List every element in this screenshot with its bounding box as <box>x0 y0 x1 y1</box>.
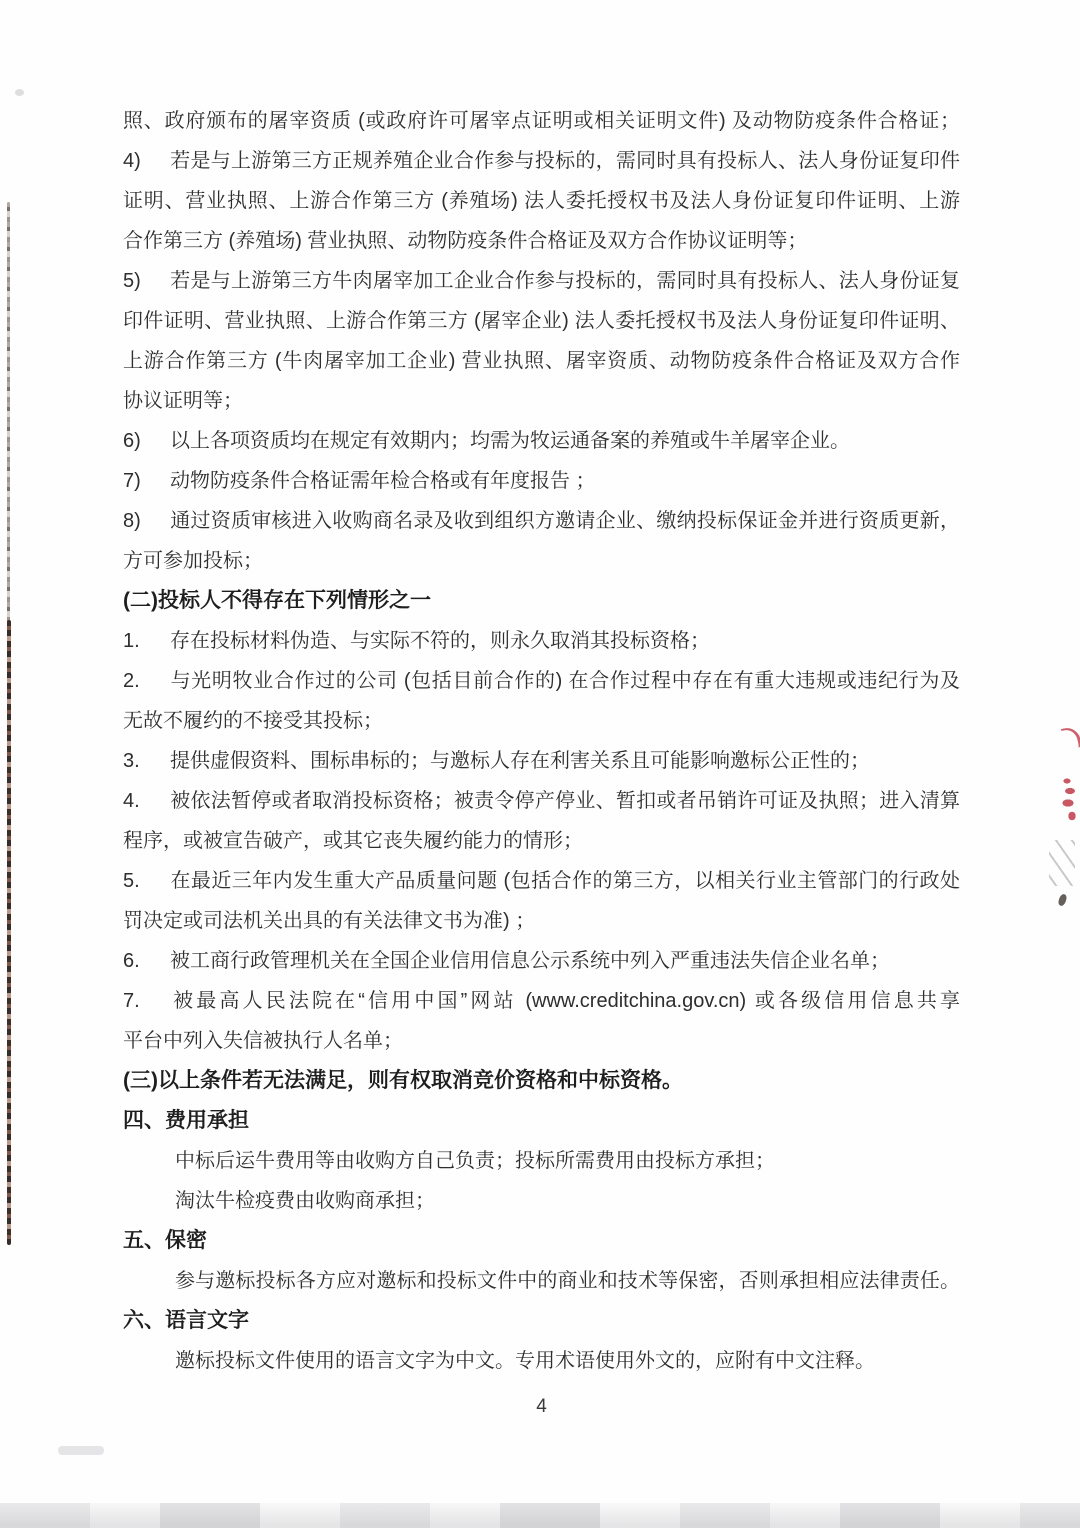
text-line: (二)投标人不得存在下列情形之一 <box>123 581 960 621</box>
text-line: 5)若是与上游第三方牛肉屠宰加工企业合作参与投标的，需同时具有投标人、法人身份证… <box>123 261 960 301</box>
text-line: 照、政府颁布的屠宰资质 (或政府许可屠宰点证明或相关证明文件) 及动物防疫条件合… <box>123 101 960 141</box>
text-line: 参与邀标投标各方应对邀标和投标文件中的商业和技术等保密，否则承担相应法律责任。 <box>123 1261 960 1301</box>
text-line: 五、保密 <box>123 1221 960 1261</box>
text-line: 6.被工商行政管理机关在全国企业信用信息公示系统中列入严重违法失信企业名单； <box>123 941 960 981</box>
text-line: 印件证明、营业执照、上游合作第三方 (屠宰企业) 法人委托授权书及法人身份证复印… <box>123 301 960 341</box>
text-line: 4.被依法暂停或者取消投标资格；被责令停产停业、暂扣或者吊销许可证及执照；进入清… <box>123 781 960 821</box>
text-line: 无故不履约的不接受其投标； <box>123 701 960 741</box>
list-item-marker: 1. <box>123 621 170 661</box>
text-line: 淘汰牛检疫费由收购商承担； <box>123 1181 960 1221</box>
list-item-marker: 8) <box>123 501 170 541</box>
text-line: 邀标投标文件使用的语言文字为中文。专用术语使用外文的，应附有中文注释。 <box>123 1341 960 1381</box>
text-line: 平台中列入失信被执行人名单； <box>123 1021 960 1061</box>
scan-bottom-edge-smudge <box>0 1503 1080 1528</box>
text-line: 1.存在投标材料伪造、与实际不符的，则永久取消其投标资格； <box>123 621 960 661</box>
text-line: 4)若是与上游第三方正规养殖企业合作参与投标的，需同时具有投标人、法人身份证复印… <box>123 141 960 181</box>
text-line: (三)以上条件若无法满足，则有权取消竞价资格和中标资格。 <box>123 1061 960 1101</box>
document-lines: 照、政府颁布的屠宰资质 (或政府许可屠宰点证明或相关证明文件) 及动物防疫条件合… <box>123 101 960 1381</box>
text-line: 证明、营业执照、上游合作第三方 (养殖场) 法人委托授权书及法人身份证复印件证明… <box>123 181 960 221</box>
red-ink-mark-blotch <box>1055 775 1080 825</box>
text-line: 六、语言文字 <box>123 1301 960 1341</box>
text-line: 5.在最近三年内发生重大产品质量问题 (包括合作的第三方，以相关行业主管部门的行… <box>123 861 960 901</box>
text-line: 7)动物防疫条件合格证需年检合格或有年度报告 ； <box>123 461 960 501</box>
scan-binding-artifact-lower <box>7 620 11 1245</box>
list-item-marker: 7) <box>123 461 170 501</box>
text-line: 8)通过资质审核进入收购商名录及收到组织方邀请企业、缴纳投标保证金并进行资质更新… <box>123 501 960 541</box>
text-line: 上游合作第三方 (牛肉屠宰加工企业) 营业执照、屠宰资质、动物防疫条件合格证及双… <box>123 341 960 381</box>
scanned-document-page: 照、政府颁布的屠宰资质 (或政府许可屠宰点证明或相关证明文件) 及动物防疫条件合… <box>0 0 1080 1528</box>
text-line: 中标后运牛费用等由收购方自己负责；投标所需费用由投标方承担； <box>123 1141 960 1181</box>
list-item-marker: 5) <box>123 261 170 301</box>
list-item-marker: 2. <box>123 661 170 701</box>
list-item-marker: 3. <box>123 741 170 781</box>
text-line: 协议证明等； <box>123 381 960 421</box>
text-line: 合作第三方 (养殖场) 营业执照、动物防疫条件合格证及双方合作协议证明等； <box>123 221 960 261</box>
list-item-marker: 4) <box>123 141 170 181</box>
scan-binding-artifact-upper <box>7 202 10 622</box>
text-line: 方可参加投标； <box>123 541 960 581</box>
scan-bottom-dash <box>58 1446 104 1455</box>
text-line: 7.被最高人民法院在“信用中国”网站 (www.creditchina.gov.… <box>123 981 960 1021</box>
list-item-marker: 4. <box>123 781 170 821</box>
text-line: 程序，或被宣告破产，或其它丧失履约能力的情形； <box>123 821 960 861</box>
text-line: 四、费用承担 <box>123 1101 960 1141</box>
list-item-marker: 6. <box>123 941 170 981</box>
ink-speck <box>1057 893 1068 907</box>
red-ink-mark-curl <box>1061 725 1080 750</box>
list-item-marker: 7. <box>123 981 170 1021</box>
text-line: 罚决定或司法机关出具的有关法律文书为准) ； <box>123 901 960 941</box>
text-line: 2.与光明牧业合作过的公司 (包括目前合作的) 在合作过程中存在有重大违规或违纪… <box>123 661 960 701</box>
list-item-marker: 5. <box>123 861 170 901</box>
text-line: 6)以上各项资质均在规定有效期内；均需为牧运通备案的养殖或牛羊屠宰企业。 <box>123 421 960 461</box>
scan-corner-smudge <box>15 89 24 96</box>
text-line: 3.提供虚假资料、围标串标的；与邀标人存在利害关系且可能影响邀标公正性的； <box>123 741 960 781</box>
page-number: 4 <box>123 1396 960 1418</box>
list-item-marker: 6) <box>123 421 170 461</box>
pencil-scribble-mark <box>1049 840 1075 886</box>
